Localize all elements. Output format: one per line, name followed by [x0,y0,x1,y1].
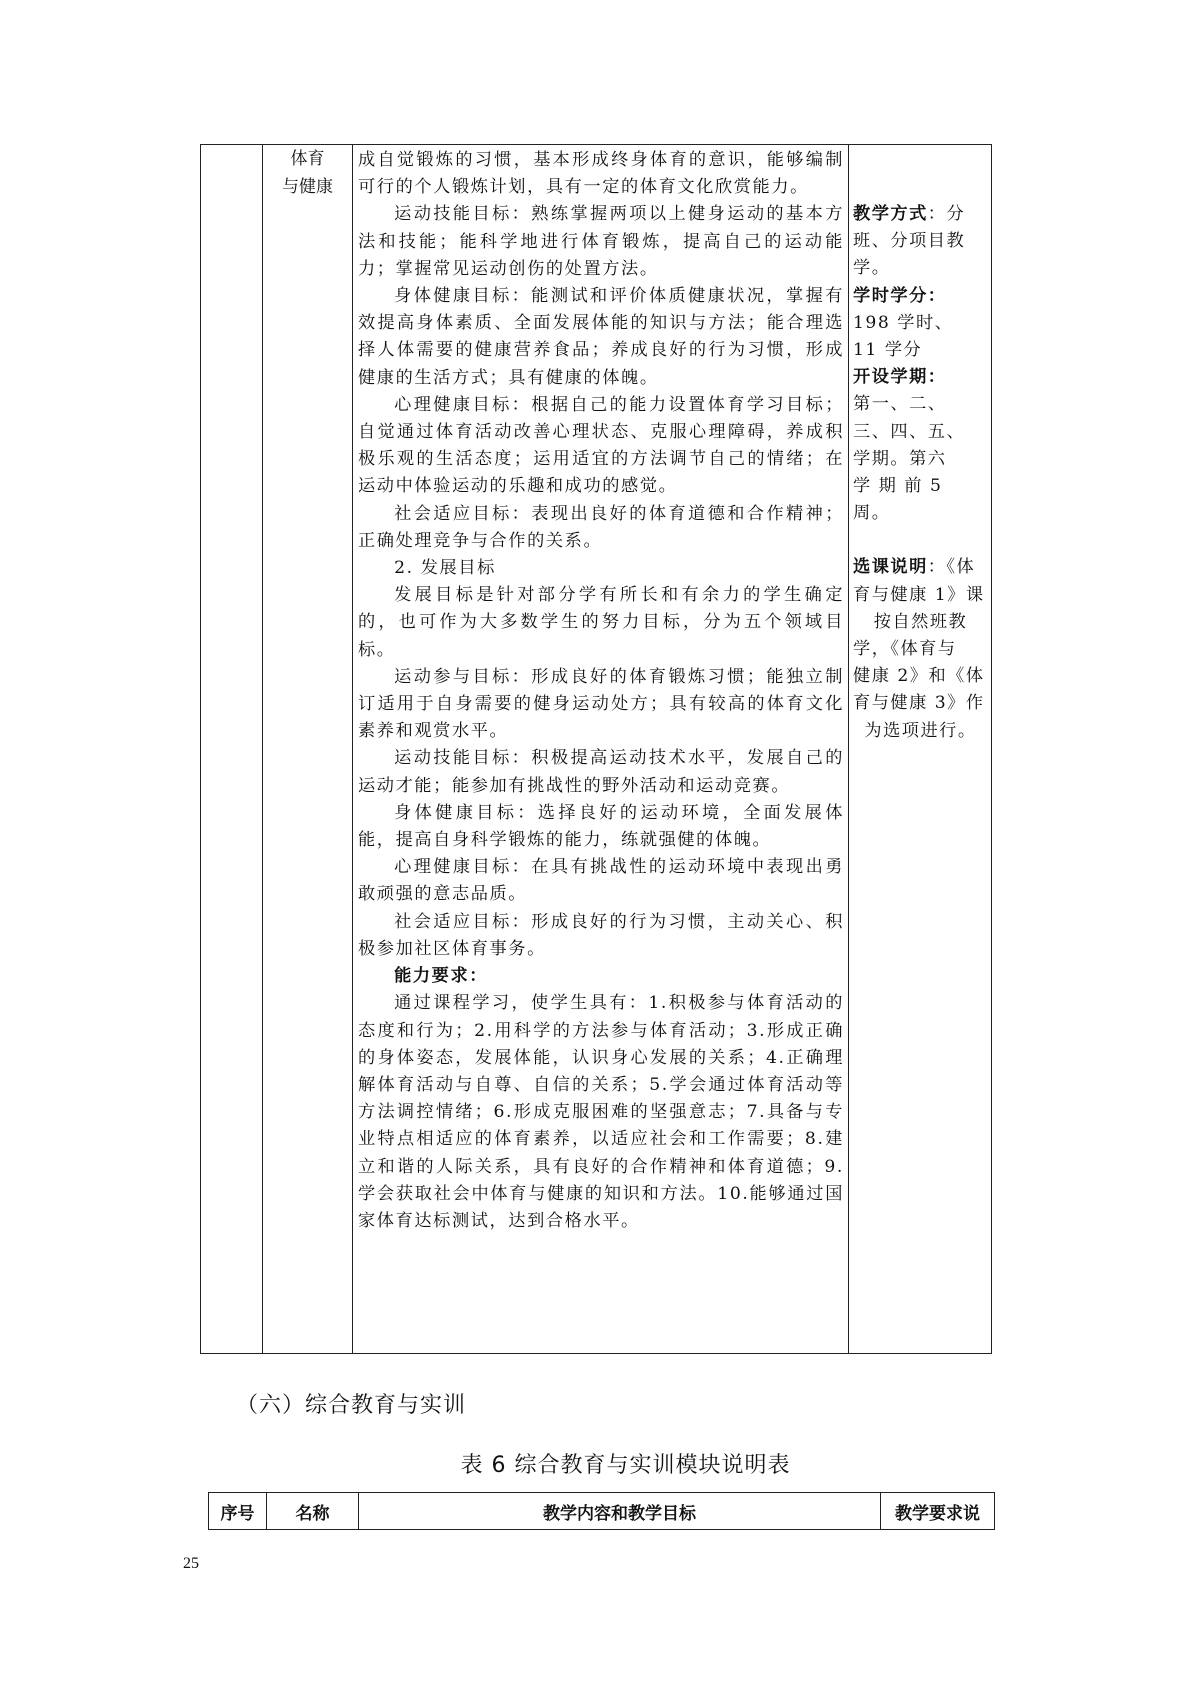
course-table: 体育 与健康 成自觉锻炼的习惯，基本形成终身体育的意识，能够编制可行的个人锻炼计… [200,144,992,1354]
content-paragraph: 运动技能目标：积极提高运动技术水平，发展自己的运动才能；能参加有挑战性的野外活动… [358,745,844,799]
ability-heading: 能力要求： [394,966,488,986]
content-paragraph: 社会适应目标：表现出良好的体育道德和合作精神；正确处理竞争与合作的关系。 [358,501,844,555]
course-name-line2: 与健康 [263,173,352,201]
elective-line: ：《体 [928,557,975,577]
index-cell [201,145,263,1354]
requirements-cell: 教学方式：分班、分项目教学。 学时学分： 198 学时、 11 学分 开设学期：… [849,145,992,1354]
elective-line: 按自然班教 [853,609,988,636]
header-name: 名称 [267,1493,359,1530]
table-row: 体育 与健康 成自觉锻炼的习惯，基本形成终身体育的意识，能够编制可行的个人锻炼计… [201,145,992,1354]
content-cell: 成自觉锻炼的习惯，基本形成终身体育的意识，能够编制可行的个人锻炼计划，具有一定的… [353,145,849,1354]
semester-line: 第一、二、 [853,391,988,418]
elective-line: 健康 2》和《体 [853,663,988,690]
table6-header: 序号 名称 教学内容和教学目标 教学要求说 [208,1492,995,1530]
teaching-method-label: 教学方式 [853,204,928,224]
content-paragraph: 心理健康目标：根据自己的能力设置体育学习目标；自觉通过体育活动改善心理状态、克服… [358,392,844,501]
semester-line: 学 期 前 5 [853,473,988,500]
elective-line: 育与健康 1》课 [853,582,988,609]
content-paragraph: 社会适应目标：形成良好的行为习惯，主动关心、积极参加社区体育事务。 [358,909,844,963]
content-paragraph: 运动技能目标：熟练掌握两项以上健身运动的基本方法和技能；能科学地进行体育锻炼，提… [358,201,844,283]
document-page: 体育 与健康 成自觉锻炼的习惯，基本形成终身体育的意识，能够编制可行的个人锻炼计… [0,0,1191,1684]
header-content: 教学内容和教学目标 [359,1493,881,1530]
hours-credits-label: 学时学分： [853,286,946,306]
header-index: 序号 [209,1493,267,1530]
spacer [853,527,988,554]
section-heading: （六）综合教育与实训 [236,1388,466,1419]
semester-line: 学期。第六 [853,446,988,473]
content-paragraph: 运动参与目标：形成良好的体育锻炼习惯；能独立制订适用于自身需要的健身运动处方；具… [358,664,844,746]
course-name-line1: 体育 [263,145,352,173]
elective-line: 学，《体育与 [853,636,988,663]
requirements-text: 教学方式：分班、分项目教学。 学时学分： 198 学时、 11 学分 开设学期：… [849,145,991,745]
header-requirements: 教学要求说 [881,1493,995,1530]
semester-line: 三、四、五、 [853,419,988,446]
page-number: 25 [183,1555,199,1573]
content-text: 成自觉锻炼的习惯，基本形成终身体育的意识，能够编制可行的个人锻炼计划，具有一定的… [353,145,848,1241]
semester-line: 周。 [853,500,988,527]
ability-text: 通过课程学习，使学生具有：1.积极参与体育活动的态度和行为；2.用科学的方法参与… [358,990,844,1235]
elective-line: 为选项进行。 [853,718,988,745]
semester-label: 开设学期： [853,367,946,387]
table-header-row: 序号 名称 教学内容和教学目标 教学要求说 [209,1493,995,1530]
hours-value: 198 学时、 [853,310,988,337]
content-paragraph: 心理健康目标：在具有挑战性的运动环境中表现出勇敢顽强的意志品质。 [358,854,844,908]
content-paragraph: 身体健康目标：选择良好的运动环境，全面发展体能，提高自身科学锻炼的能力，练就强健… [358,800,844,854]
credits-value: 11 学分 [853,337,988,364]
content-subheading: 2. 发展目标 [358,555,844,582]
course-name-cell: 体育 与健康 [263,145,353,1354]
elective-label: 选课说明 [853,557,928,577]
content-paragraph: 发展目标是针对部分学有所长和有余力的学生确定的，也可作为大多数学生的努力目标，分… [358,582,844,664]
table-caption: 表 6 综合教育与实训模块说明表 [0,1448,1191,1479]
content-paragraph: 身体健康目标：能测试和评价体质健康状况，掌握有效提高身体素质、全面发展体能的知识… [358,283,844,392]
content-paragraph: 成自觉锻炼的习惯，基本形成终身体育的意识，能够编制可行的个人锻炼计划，具有一定的… [358,147,844,201]
elective-line: 育与健康 3》作 [853,690,988,717]
